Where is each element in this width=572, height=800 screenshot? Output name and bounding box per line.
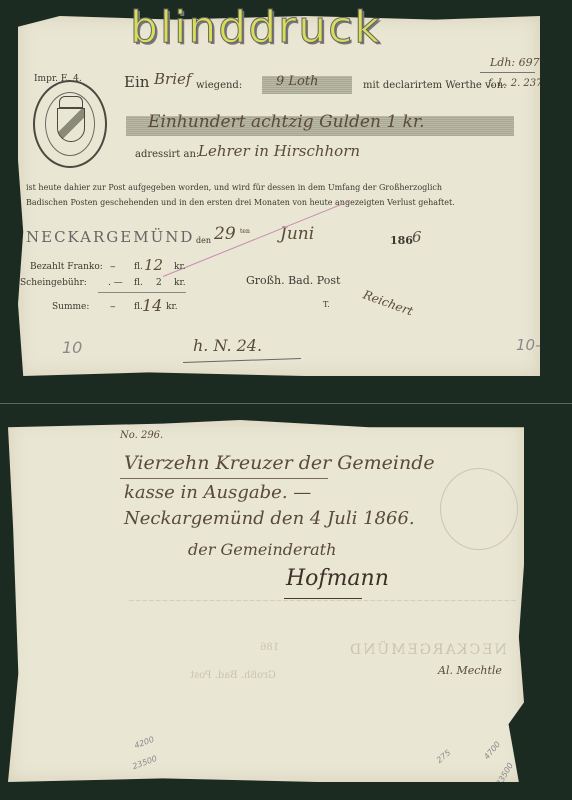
t-label: T. bbox=[323, 300, 330, 309]
fee-kr-schein: 2 bbox=[156, 278, 162, 288]
fee-fl-unit: fl. bbox=[134, 278, 143, 288]
body-text-line-2: Badischen Posten geschehenden und in den… bbox=[26, 198, 455, 207]
crown-icon bbox=[59, 96, 83, 108]
pencil-note-left-2: 23500 bbox=[131, 754, 158, 771]
address-label: adressirt an: bbox=[135, 149, 199, 160]
official-seal-icon bbox=[33, 80, 107, 168]
receipt-front-sheet: Impr. E. 4. Ein Brief wiegend: 9 Loth mi… bbox=[18, 16, 540, 376]
mirror-office: Großh. Bad. Post bbox=[190, 670, 276, 681]
fee-fl-summe: – bbox=[110, 300, 116, 313]
pencil-note-right: 10– bbox=[516, 336, 543, 354]
pencil-note-left-1: 4200 bbox=[133, 735, 155, 750]
post-office-label: Großh. Bad. Post bbox=[246, 274, 340, 287]
fee-fl-unit: fl. bbox=[134, 262, 143, 272]
receipt-back-sheet: No. 296. Vierzehn Kreuzer der Gemeinde k… bbox=[8, 420, 524, 782]
back-number: No. 296. bbox=[120, 430, 163, 441]
fee-label-schein: Scheingebühr: bbox=[20, 278, 87, 288]
coat-of-arms-icon bbox=[57, 108, 85, 142]
fee-kr-summe: 14 bbox=[142, 296, 162, 315]
declared-value-label: mit declarirtem Werthe von: bbox=[363, 80, 507, 91]
address-handwritten: Lehrer in Hirschhorn bbox=[198, 142, 360, 160]
fee-kr-unit: kr. bbox=[174, 278, 186, 288]
body-text-line-1: ist heute dahier zur Post aufgegeben wor… bbox=[26, 183, 442, 192]
pencil-note-left: 10 bbox=[62, 338, 82, 357]
note-underline bbox=[480, 72, 535, 73]
watermark-text: blinddruck bbox=[130, 2, 382, 53]
clerk-signature: Reichert bbox=[361, 288, 415, 319]
top-right-note-2: f. L. 2. 237. bbox=[488, 78, 546, 89]
fee-label-franko: Bezahlt Franko: bbox=[30, 262, 103, 272]
ghost-stamp-icon bbox=[440, 468, 518, 550]
pencil-note-right-1: 275 bbox=[435, 748, 452, 765]
bottom-handwritten-note: h. N. 24. bbox=[193, 336, 262, 355]
receipt-line-3: Neckargemünd den 4 Juli 1866. bbox=[124, 508, 415, 529]
signature: Hofmann bbox=[286, 566, 389, 591]
mirror-year: 186 bbox=[260, 642, 279, 653]
scan-divider bbox=[0, 403, 572, 404]
fee-fl-franko: – bbox=[110, 260, 116, 273]
fee-fl-schein: . — bbox=[108, 278, 123, 288]
sum-rule bbox=[98, 292, 186, 293]
receipt-underline bbox=[120, 478, 328, 479]
second-signature: Al. Mechtle bbox=[438, 664, 502, 677]
mirror-body-text: ~~~~~~~~~~~~~~~~~~~~~~~~~~~~~~~~~~~~~~~~… bbox=[128, 596, 517, 605]
pencil-note-right-2: 4700 bbox=[482, 740, 502, 761]
fee-kr-franko: 12 bbox=[144, 256, 163, 274]
fee-kr-unit: kr. bbox=[174, 262, 186, 272]
receipt-line-1: Vierzehn Kreuzer der Gemeinde bbox=[124, 452, 435, 474]
item-handwritten: Brief bbox=[154, 70, 191, 88]
line-prefix: Ein bbox=[124, 73, 149, 91]
year-printed: 186 bbox=[390, 234, 413, 247]
bottom-rule bbox=[183, 358, 301, 363]
weight-handwritten: 9 Loth bbox=[276, 74, 318, 89]
day-handwritten: 29 bbox=[214, 224, 236, 244]
place-stamp: NECKARGEMÜND bbox=[26, 228, 194, 246]
fee-kr-unit: kr. bbox=[166, 302, 178, 312]
weight-label: wiegend: bbox=[196, 80, 242, 91]
top-right-note-1: Ldh: 697. bbox=[490, 56, 543, 69]
mirror-place: NECKARGEMÜND bbox=[348, 642, 507, 658]
receipt-line-4: der Gemeinderath bbox=[188, 540, 336, 559]
year-handwritten: 6 bbox=[412, 228, 422, 246]
day-suffix: ten bbox=[240, 228, 250, 235]
fee-label-summe: Summe: bbox=[52, 302, 89, 312]
date-prefix: den bbox=[196, 236, 211, 245]
amount-handwritten: Einhundert achtzig Gulden 1 kr. bbox=[148, 112, 425, 132]
receipt-line-2: kasse in Ausgabe. — bbox=[124, 482, 311, 503]
